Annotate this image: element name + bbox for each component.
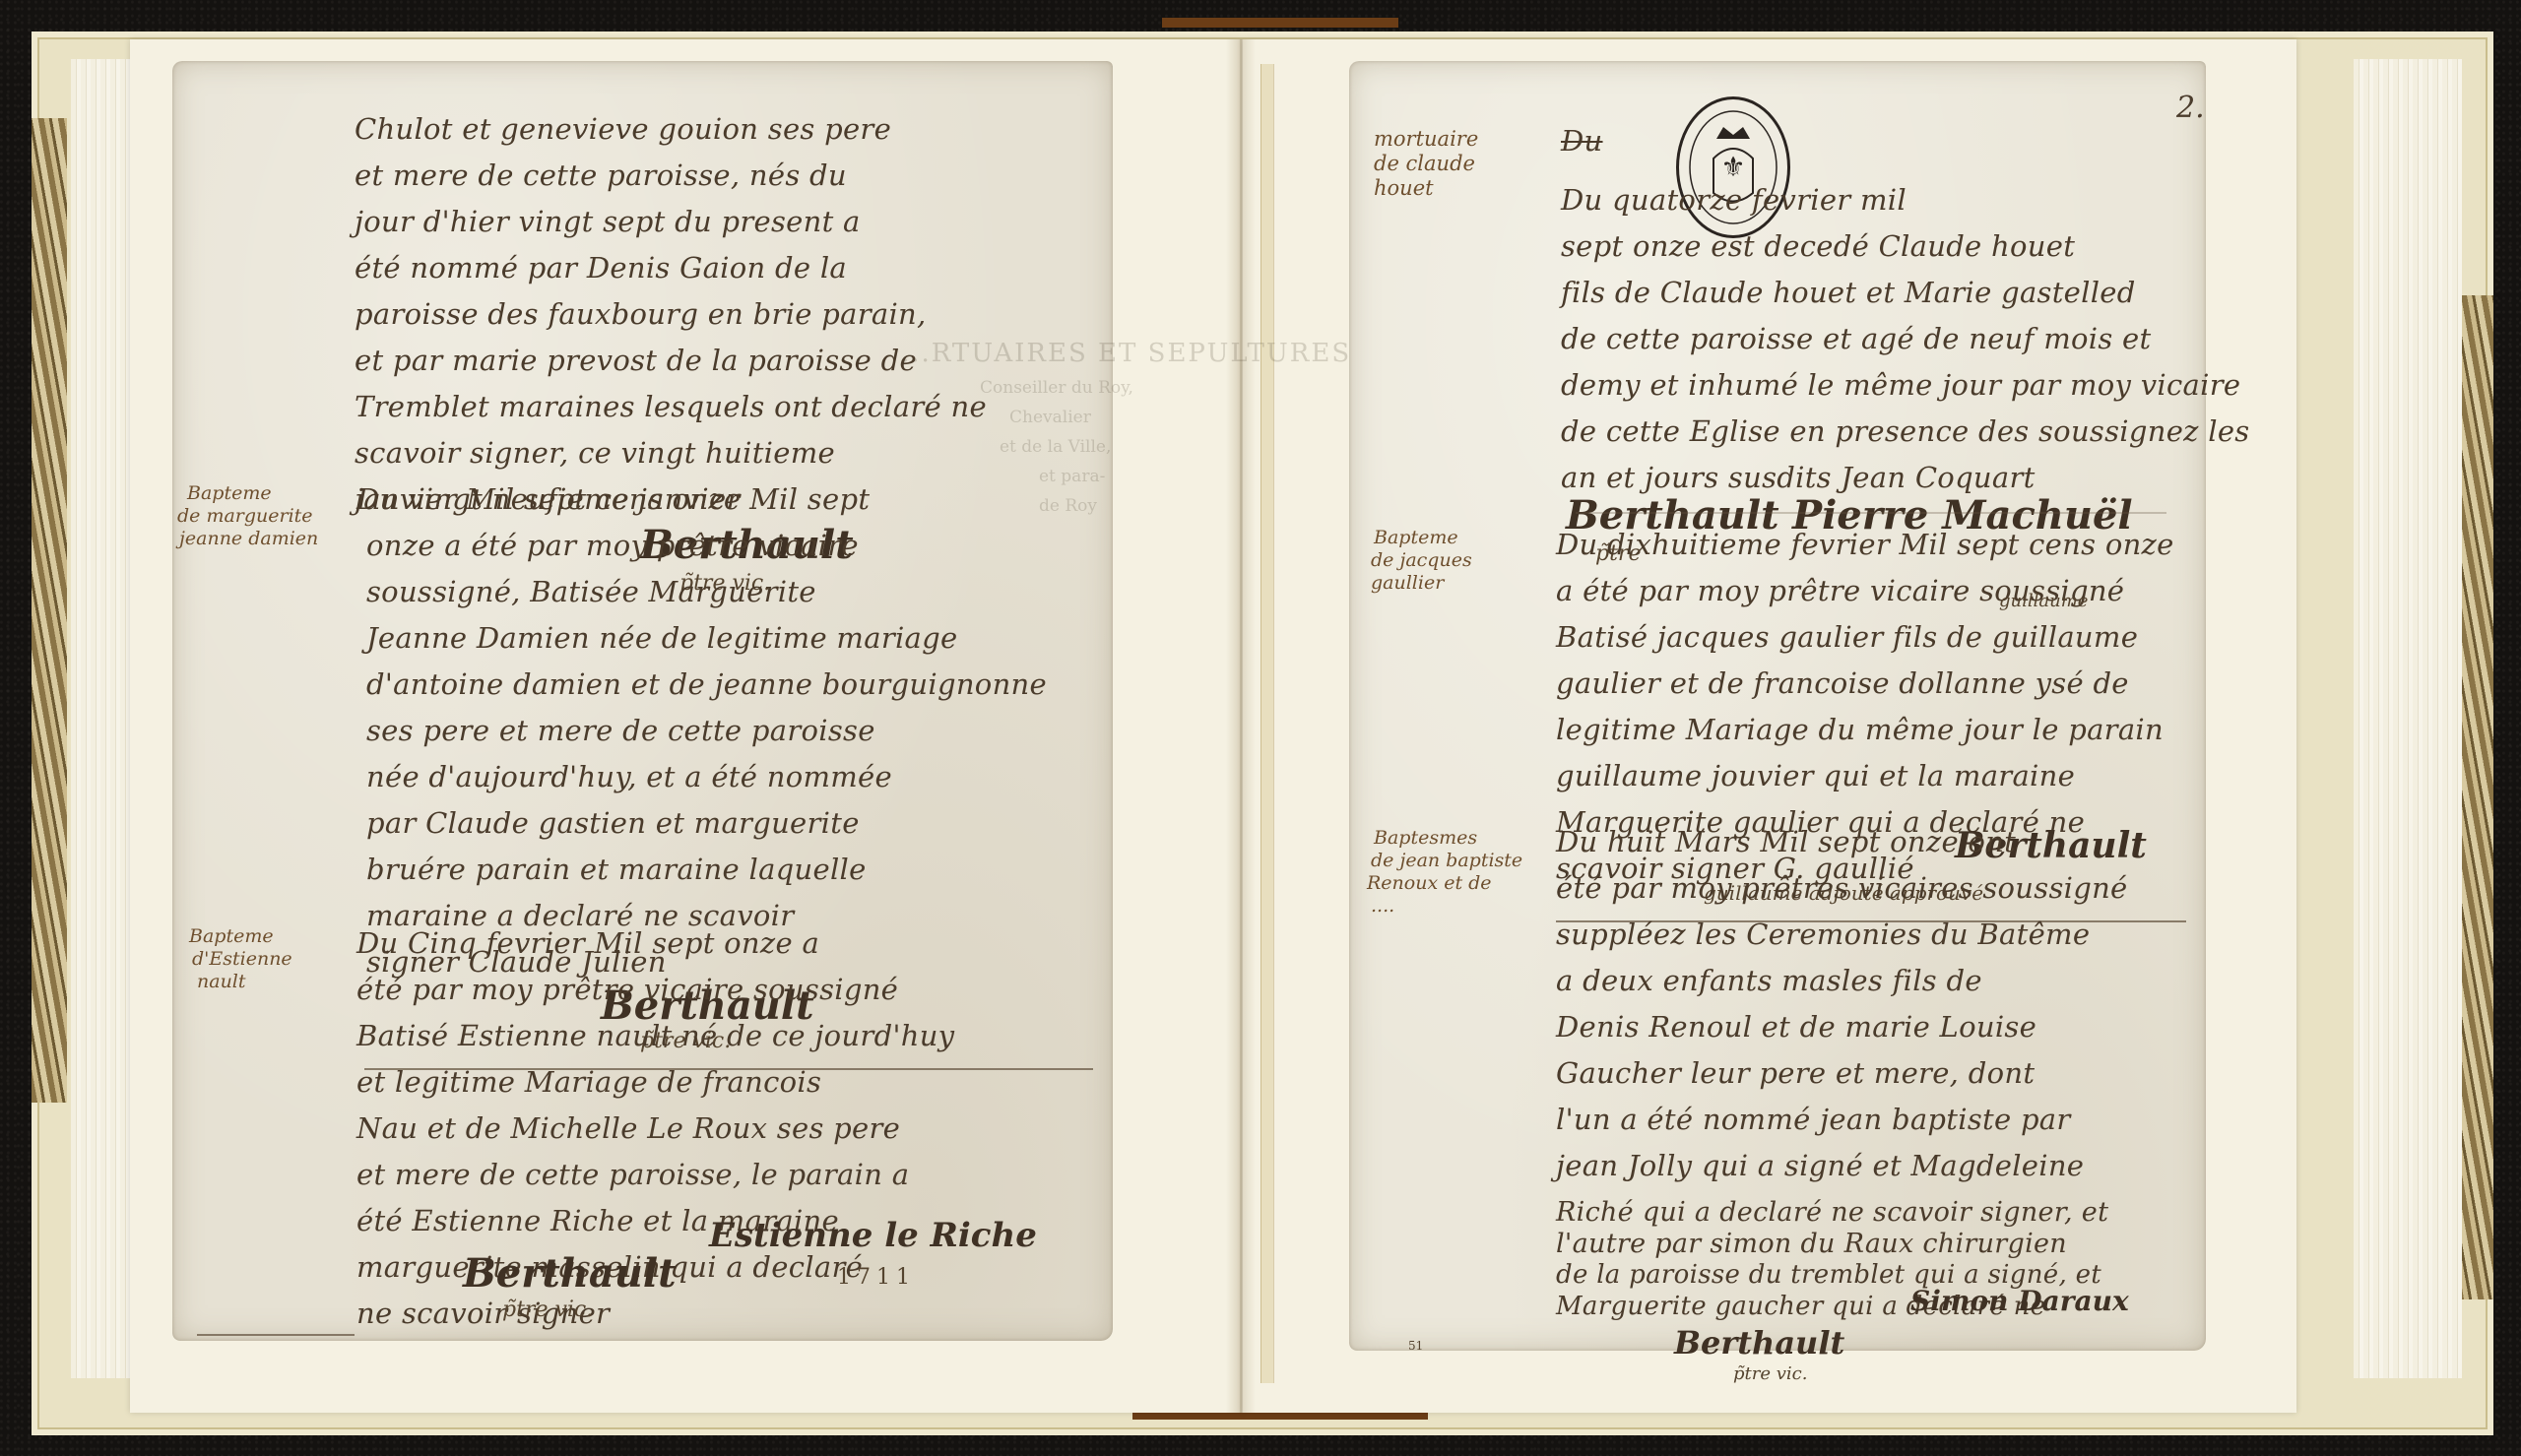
folio-number: 2. [2176, 91, 2205, 125]
text-line: de cette Eglise en presence des soussign… [1561, 409, 2249, 455]
text-line: jour d'hier vingt sept du present a [355, 199, 861, 245]
text-line: Chulot et genevieve gouion ses pere [355, 106, 891, 153]
text-line: Tremblet maraines lesquels ont declaré n… [355, 384, 987, 430]
margin-note: nault [197, 971, 246, 993]
date-mark: 1711 [837, 1265, 916, 1290]
margin-note: de marguerite [177, 505, 313, 528]
margin-note: mortuaire [1374, 128, 1478, 151]
text-line: d'antoine damien et de jeanne bourguigno… [366, 662, 1047, 708]
text-line: a deux enfants masles fils de [1556, 958, 1982, 1004]
text-line: Gaucher leur pere et mere, dont [1556, 1050, 2035, 1097]
text-line: née d'aujourd'huy, et a été nommée [366, 754, 892, 800]
text-line: Nau et de Michelle Le Roux ses pere [356, 1106, 900, 1152]
text-line: et par marie prevost de la paroisse de [355, 338, 917, 384]
bleed-through-fragment: et para- [1039, 465, 1105, 489]
text-line: par Claude gastien et marguerite [366, 800, 860, 847]
text-line: onze a été par moy prêtre vicaire [366, 523, 859, 569]
text-line: Du quatorze fevrier mil [1561, 177, 1907, 223]
margin-note: de jean baptiste [1371, 850, 1522, 872]
priest-signature: Berthault [463, 1250, 677, 1297]
text-line: fils de Claude houet et Marie gastelled [1561, 270, 2136, 316]
page-mark: 51 [1408, 1339, 1423, 1353]
page-stack-right [2354, 59, 2462, 1378]
entry-separator-line [1576, 512, 2166, 514]
struck-heading: Du [1561, 118, 1603, 164]
text-line: legitime Mariage du même jour le parain [1556, 707, 2164, 753]
text-line: jean Jolly qui a signé et Magdeleine [1556, 1143, 2084, 1189]
margin-note: .... [1371, 895, 1394, 918]
bleed-through-fragment: Conseiller du Roy, [980, 376, 1133, 401]
spine-headband [1162, 18, 1398, 28]
text-line: l'un a été nommé jean baptiste par [1556, 1097, 2071, 1143]
text-line: bruére parain et maraine laquelle [366, 847, 867, 893]
text-line: Batisé jacques gaulier fils de guillaume [1556, 614, 2138, 661]
interlinear-insertion: guillaume [1999, 591, 2088, 611]
text-line: et mere de cette paroisse, nés du [355, 153, 847, 199]
margin-note: de claude [1374, 153, 1475, 175]
margin-note: gaullier [1371, 572, 1444, 595]
text-line: ses pere et mere de cette paroisse [366, 708, 875, 754]
margin-note: d'Estienne [192, 948, 292, 971]
bleed-through-fragment: et de la Ville, [1000, 435, 1111, 460]
margin-note: houet [1374, 177, 1434, 200]
text-line: Jeanne Damien née de legitime mariage [366, 615, 957, 662]
text-line: et mere de cette paroisse, le parain a [356, 1152, 909, 1198]
text-line: été nommé par Denis Gaion de la [355, 245, 847, 291]
bleed-through-heading: ...RTUAIRES ET SEPULTURES. [901, 342, 1360, 366]
text-line: guillaume jouvier qui et la maraine [1556, 753, 2075, 799]
text-line: demy et inhumé le même jour par moy vica… [1561, 362, 2240, 409]
text-line: Du dixhuitieme fevrier Mil sept cens onz… [1556, 522, 2174, 568]
text-line: gaulier et de francoise dollanne ysé de [1556, 661, 2129, 707]
priest-signature: Berthault [1674, 1324, 1844, 1361]
signature-title: p̃tre vic. [1733, 1363, 1807, 1384]
text-line: Du vingt neufieme janvier Mil sept [356, 476, 870, 523]
text-line: soussigné, Batisée Marguerite [366, 569, 816, 615]
margin-note: de jacques [1371, 549, 1472, 572]
struck-through-word [197, 1334, 355, 1336]
text-line: paroisse des fauxbourg en brie parain, [355, 291, 927, 338]
witness-signature: Simon Daraux [1910, 1285, 2129, 1317]
text-line: Du huit Mars Mil sept onze ont [1556, 819, 2016, 865]
godfather-signature: Estienne le Riche [709, 1216, 1037, 1255]
text-line: Batisé Estienne nault né de ce jourd'huy [356, 1013, 954, 1059]
gutter-shadow [1226, 39, 1256, 1413]
text-line: Denis Renoul et de marie Louise [1556, 1004, 2036, 1050]
text-line: été par moy prêtres vicaires soussigné [1556, 865, 2128, 912]
text-line: suppléez les Ceremonies du Batême [1556, 912, 2090, 958]
text-line: de cette paroisse et agé de neuf mois et [1561, 316, 2151, 362]
margin-note: jeanne damien [179, 528, 318, 550]
text-line: été par moy prêtre vicaire soussigné [356, 967, 898, 1013]
signature-title: p̃tre vic. [502, 1298, 593, 1322]
text-line: sept onze est decedé Claude houet [1561, 223, 2075, 270]
text-line: scavoir signer, ce vingt huitieme [355, 430, 835, 476]
margin-note: Renoux et de [1367, 872, 1492, 895]
margin-note: Baptesmes [1374, 827, 1477, 850]
bleed-through-fragment: de Roy [1039, 494, 1097, 519]
marbled-endpaper-right [2458, 295, 2493, 1299]
margin-note: Bapteme [189, 925, 274, 948]
bleed-through-fragment: Chevalier [1009, 406, 1091, 430]
text-line: et legitime Mariage de francois [356, 1059, 821, 1106]
text-line: Du Cinq fevrier Mil sept onze a [356, 920, 819, 967]
margin-note: Bapteme [187, 482, 272, 505]
margin-note: Bapteme [1374, 527, 1458, 549]
mounting-guard-strip [1260, 64, 1274, 1383]
marbled-endpaper-left [32, 118, 67, 1103]
